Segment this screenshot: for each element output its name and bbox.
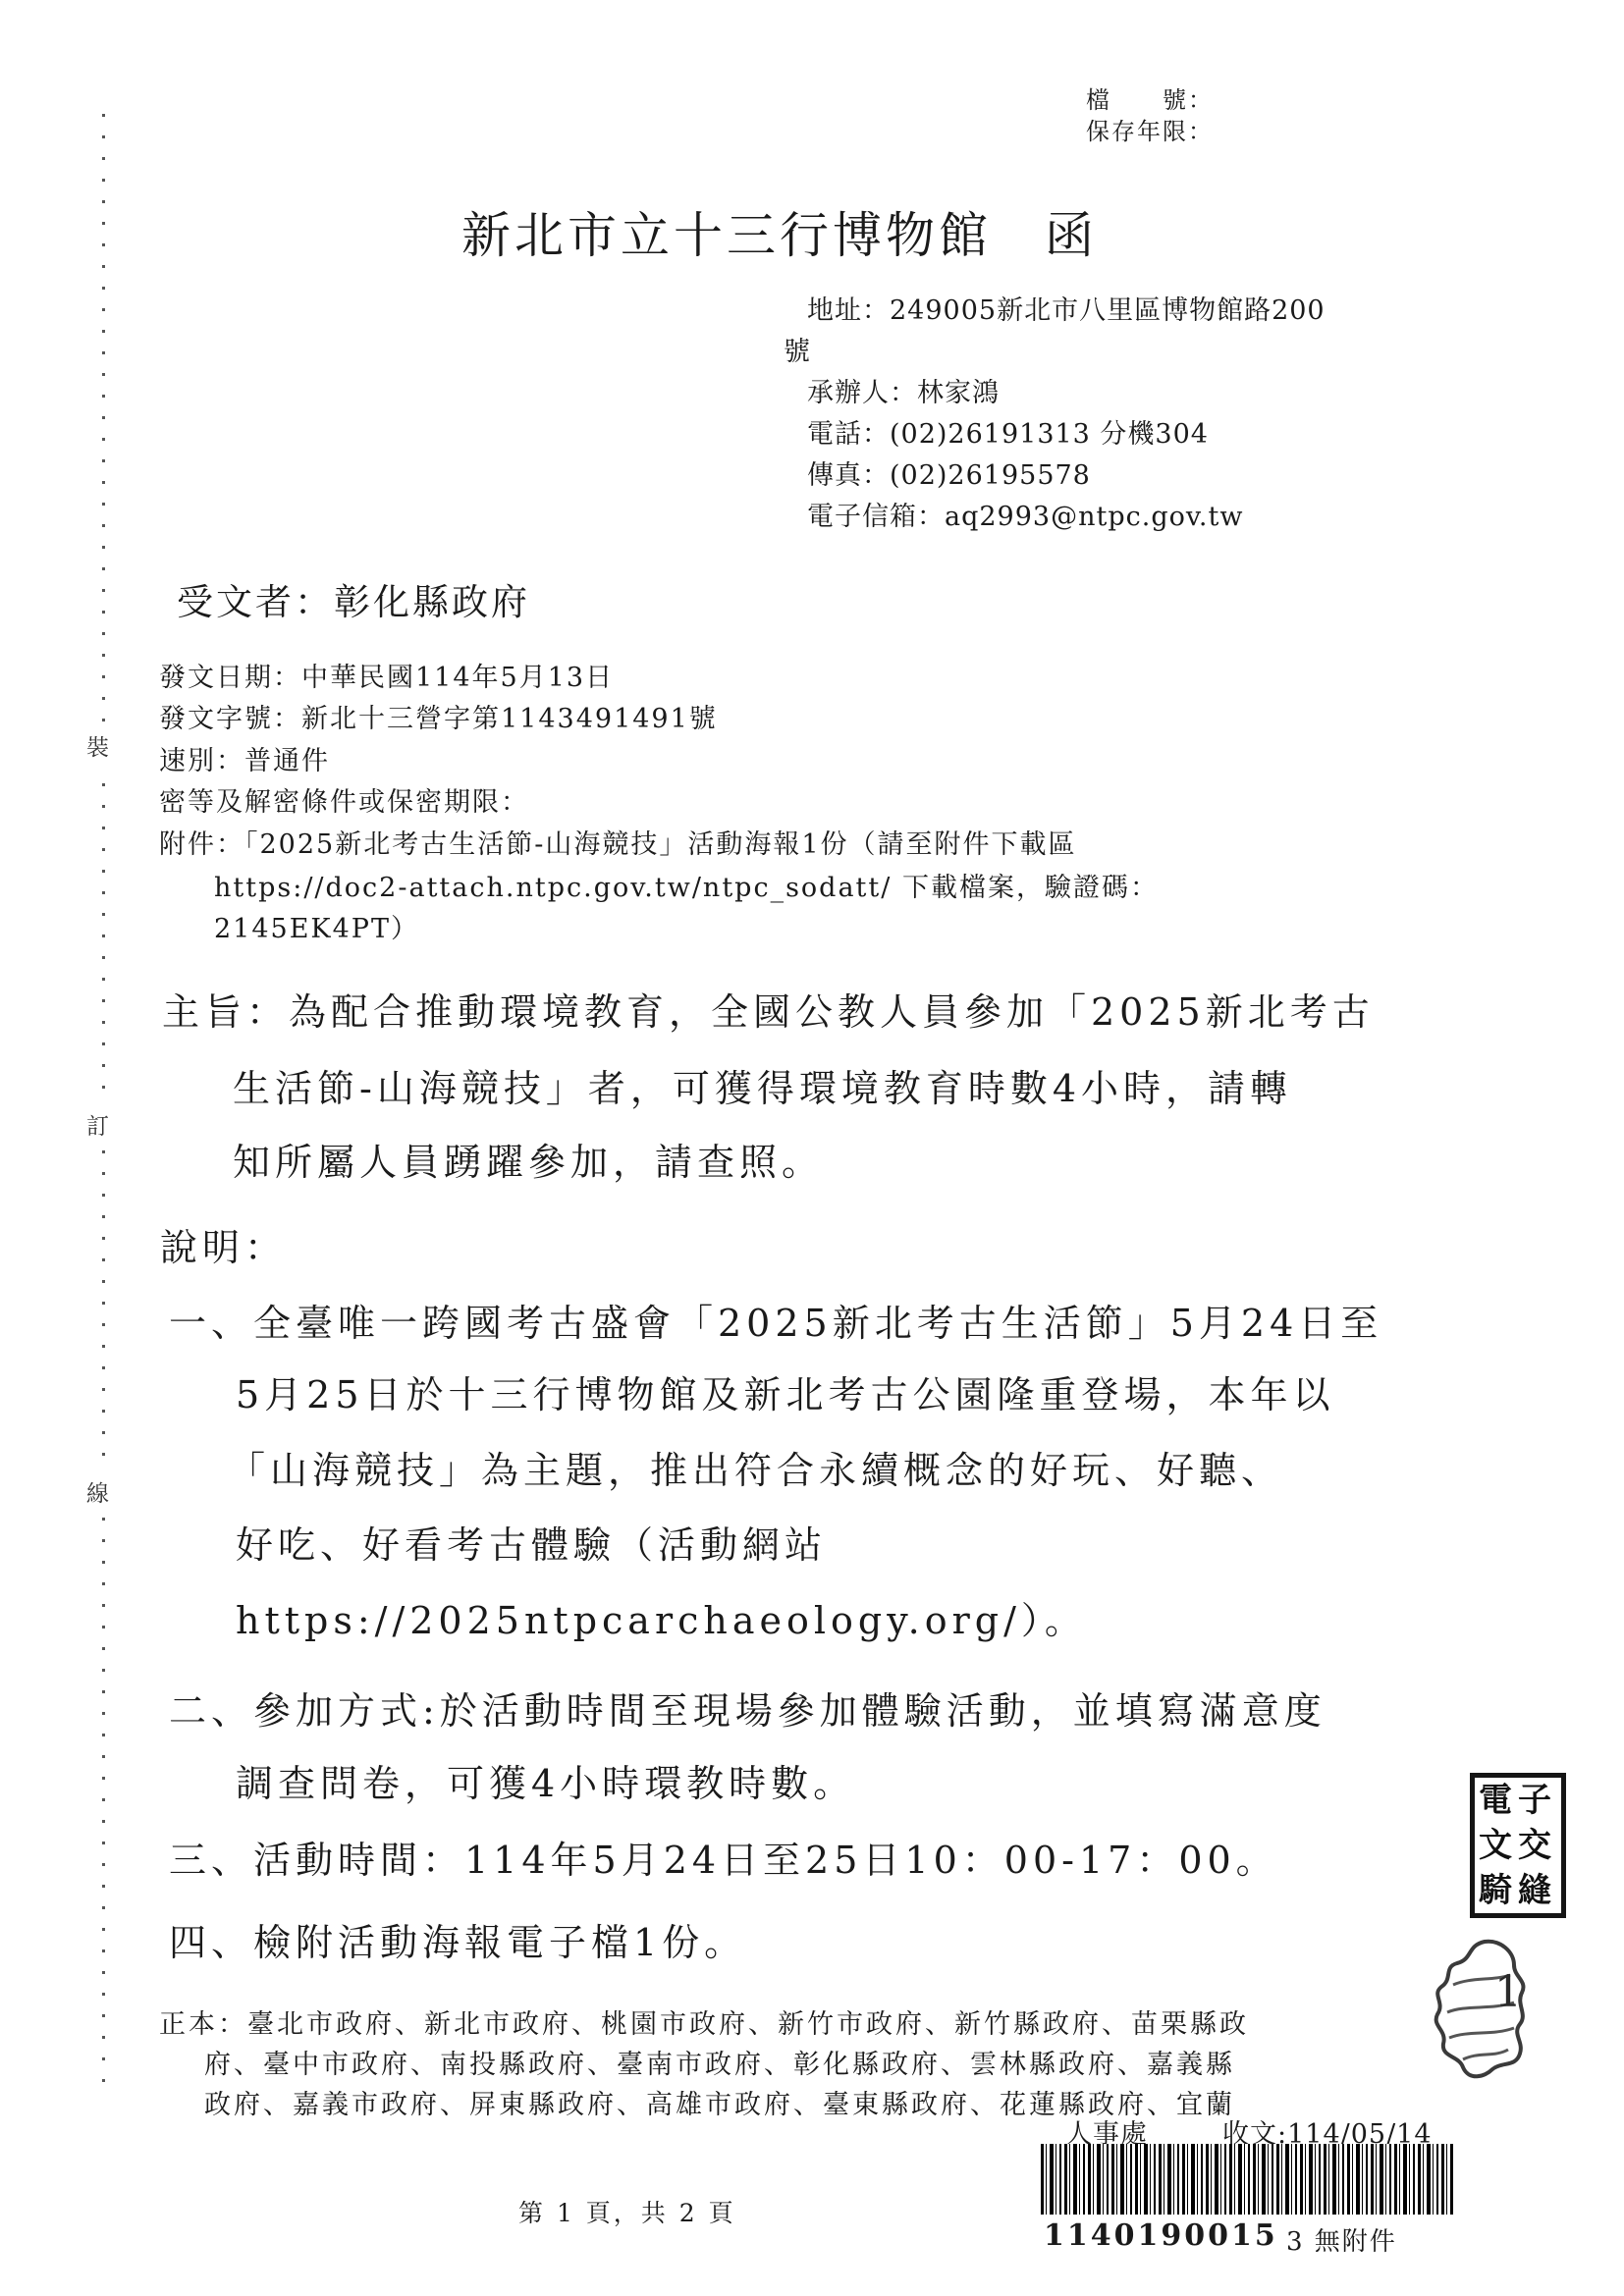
- explanation-item1-line5: https://2025ntpcarchaeology.org/）。: [236, 1590, 1087, 1644]
- explanation-item3-line1: 三、活動時間：114年5月24日至25日10：00-17：00。: [169, 1830, 1278, 1884]
- subject-line1: 主旨：為配合推動環境教育，全國公教人員參加「2025新北考古: [162, 982, 1375, 1036]
- recipient-line: 受文者：彰化縣政府: [177, 572, 530, 625]
- binding-char-xian: 線: [84, 1470, 111, 1513]
- copies-line2: 府、臺中市政府、南投縣政府、臺南市政府、彰化縣政府、雲林縣政府、嘉義縣: [204, 2043, 1235, 2081]
- explanation-item1-line3: 「山海競技」為主題，推出符合永續概念的好玩、好聽、: [228, 1440, 1283, 1494]
- document-title: 新北市立十三行博物館 函: [461, 196, 1098, 267]
- sender-contact-person: 承辦人：林家鴻: [807, 371, 1000, 409]
- meta-security: 密等及解密條件或保密期限：: [159, 780, 529, 819]
- subject-line2: 生活節-山海競技」者，可獲得環境教育時數4小時，請轉: [233, 1058, 1292, 1112]
- archive-file-label: 檔 號：: [1086, 84, 1214, 116]
- copies-line1: 正本：臺北市政府、新北市政府、桃園市政府、新竹市政府、新竹縣政府、苗栗縣政: [159, 2002, 1249, 2041]
- electronic-exchange-stamp: 電子 文交 騎縫: [1470, 1773, 1566, 1918]
- meta-issue-date: 發文日期：中華民國114年5月13日: [159, 656, 614, 694]
- agency-seal-icon: 1: [1424, 1936, 1556, 2088]
- meta-attachment-line1: 附件：「2025新北考古生活節-山海競技」活動海報1份（請至附件下載區: [159, 823, 1077, 861]
- explanation-item2-line1: 二、參加方式:於活動時間至現場參加體驗活動，並填寫滿意度: [169, 1681, 1326, 1735]
- meta-speed: 速別：普通件: [159, 739, 330, 777]
- explanation-item2-line2: 調查問卷，可獲4小時環教時數。: [236, 1753, 855, 1807]
- subject-line3: 知所屬人員踴躍參加，請查照。: [233, 1132, 824, 1186]
- binding-char-ding: 訂: [84, 1103, 111, 1146]
- stamp-row-2: 文交: [1479, 1826, 1557, 1865]
- explanation-item4-line1: 四、檢附活動海報電子檔1份。: [169, 1912, 746, 1966]
- sender-address-line2: 號: [784, 330, 811, 368]
- archive-retention-label: 保存年限：: [1086, 116, 1214, 147]
- meta-doc-number: 發文字號：新北十三營字第1143491491號: [159, 697, 718, 735]
- binding-char-zhuang: 裝: [84, 724, 111, 767]
- seal-number-glyph: 1: [1494, 1967, 1522, 2017]
- meta-attachment-code: 2145EK4PT）: [214, 907, 419, 945]
- barcode-attachment-note: 3 無附件: [1286, 2221, 1397, 2258]
- explanation-heading: 說明：: [160, 1217, 287, 1271]
- sender-email: 電子信箱：aq2993@ntpc.gov.tw: [807, 495, 1243, 533]
- explanation-item1-line2: 5月25日於十三行博物館及新北考古公園隆重登場，本年以: [236, 1364, 1335, 1418]
- meta-attachment-url: https://doc2-attach.ntpc.gov.tw/ntpc_sod…: [214, 866, 1159, 904]
- official-letter-page: 裝 訂 線 檔 號： 保存年限： 新北市立十三行博物館 函 地址：249005新…: [0, 0, 1624, 2296]
- barcode-number: 1140190015: [1044, 2218, 1278, 2253]
- explanation-item1-line4: 好吃、好看考古體驗（活動網站: [236, 1515, 827, 1569]
- stamp-row-1: 電子: [1479, 1781, 1557, 1820]
- stamp-row-3: 騎縫: [1479, 1871, 1557, 1910]
- page-number-footer: 第 1 頁，共 2 頁: [518, 2194, 736, 2229]
- barcode: [1041, 2144, 1453, 2215]
- explanation-item1-line1: 一、全臺唯一跨國考古盛會「2025新北考古生活節」5月24日至: [169, 1293, 1382, 1347]
- sender-address-line1: 地址：249005新北市八里區博物館路200: [807, 289, 1326, 327]
- sender-fax: 傳真：(02)26195578: [807, 454, 1091, 492]
- sender-phone: 電話：(02)26191313 分機304: [807, 412, 1209, 451]
